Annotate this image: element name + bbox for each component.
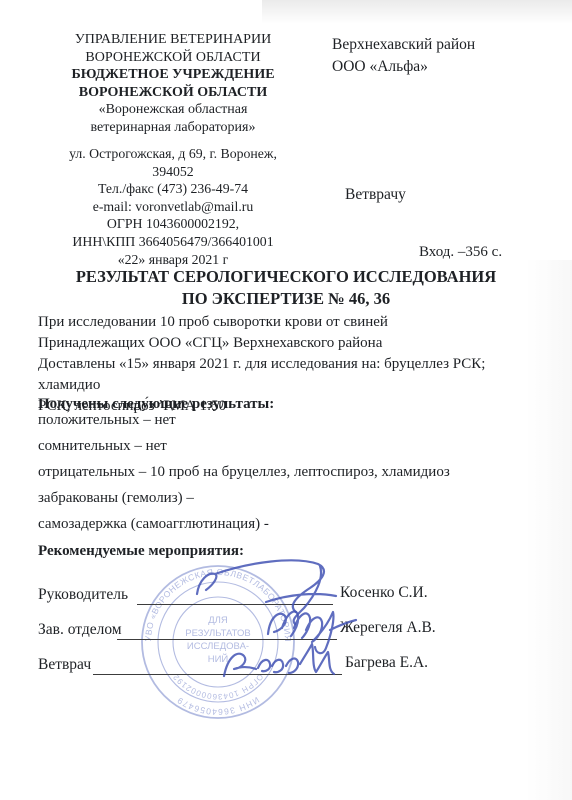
signature-ink-veterinarian [224,644,334,676]
title-line-1: РЕЗУЛЬТАТ СЕРОЛОГИЧЕСКОГО ИССЛЕДОВАНИЯ [0,266,572,288]
result-line-self-retention: самозадержка (самоагглютинация) - [38,516,269,533]
title-line-2: ПО ЭКСПЕРТИЗЕ № 46, 36 [0,288,572,310]
org-letterhead: УПРАВЛЕНИЕ ВЕТЕРИНАРИИ ВОРОНЕЖСКОЙ ОБЛАС… [48,31,298,136]
handwritten-signatures [170,550,370,695]
result-line-doubtful: сомнительных – нет [38,438,167,455]
org-line: УПРАВЛЕНИЕ ВЕТЕРИНАРИИ [48,31,298,49]
incoming-number: Вход. –356 с. [419,244,502,261]
signature-role-director: Руководитель [38,586,128,604]
addressee-district: Верхнехавский район [332,34,475,56]
contact-ogrn: ОГРН 1043600002192, [48,215,298,233]
result-line-negative: отрицательных – 10 проб на бруцеллез, ле… [38,464,450,481]
signature-role-department-head: Зав. отделом [38,621,122,639]
org-line: ВОРОНЕЖСКОЙ ОБЛАСТИ [48,49,298,67]
contact-block: ул. Острогожская, д 69, г. Воронеж, 3940… [48,145,298,268]
intro-line: Принадлежащих ООО «СГЦ» Верхнехавского р… [38,333,550,354]
contact-address: ул. Острогожская, д 69, г. Воронеж, 3940… [48,145,298,180]
results-heading: Получены следующие результаты: [38,396,274,413]
intro-line: При исследовании 10 проб сыворотки крови… [38,312,550,333]
scan-shadow-top [262,0,572,24]
org-line: БЮДЖЕТНОЕ УЧРЕЖДЕНИЕ [48,66,298,84]
addressee-block: Верхнехавский район ООО «Альфа» [332,34,475,77]
contact-inn-kpp: ИНН\КПП 3664056479/366401001 [48,233,298,251]
org-line: ВОРОНЕЖСКОЙ ОБЛАСТИ [48,84,298,102]
result-line-rejected: забракованы (гемолиз) – [38,490,194,507]
contact-phone: Тел./факс (473) 236-49-74 [48,180,298,198]
result-line-positive: положительных – нет [38,412,176,429]
signature-ink-director [197,560,336,624]
intro-line: Доставлены «15» января 2021 г. для иссле… [38,354,550,396]
contact-email: e-mail: voronvetlab@mail.ru [48,198,298,216]
document-title: РЕЗУЛЬТАТ СЕРОЛОГИЧЕСКОГО ИССЛЕДОВАНИЯ П… [0,266,572,309]
addressee-to: Ветврачу [345,186,406,204]
org-line: «Воронежская областная [48,101,298,119]
document-page: УПРАВЛЕНИЕ ВЕТЕРИНАРИИ ВОРОНЕЖСКОЙ ОБЛАС… [0,0,572,800]
org-line: ветеринарная лаборатория» [48,119,298,137]
signature-role-veterinarian: Ветврач [38,656,91,674]
addressee-company: ООО «Альфа» [332,56,475,78]
